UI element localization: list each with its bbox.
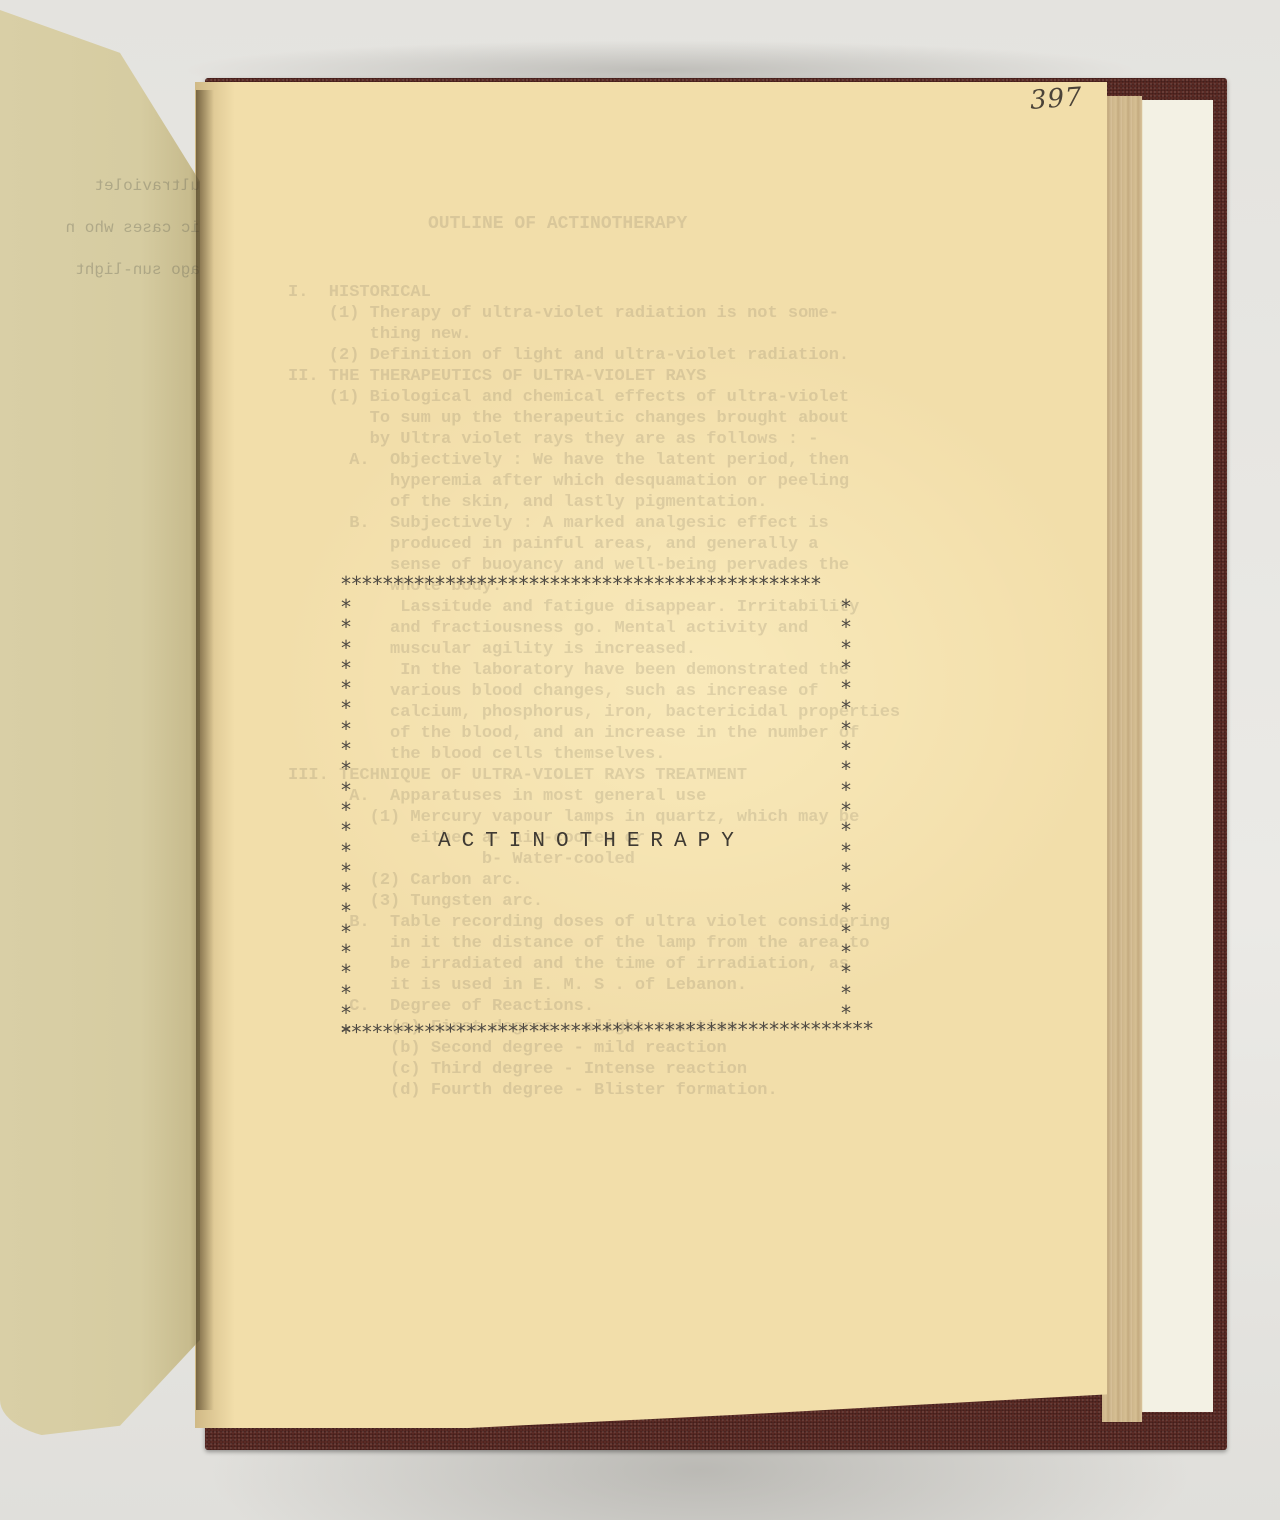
endpaper xyxy=(1140,100,1213,1412)
gutter-shadow xyxy=(196,90,214,1410)
frame-top-border: ****************************************… xyxy=(340,572,820,596)
frame-right-border: * * * * * * * * * * * * * * * * * * * * … xyxy=(840,597,852,1023)
ghost-heading: OUTLINE OF ACTINOTHERAPY xyxy=(428,214,687,235)
frame-bottom-border: ****************************************… xyxy=(340,1017,873,1044)
left-page-bleed-text: ultraviolet ic cases who n ago sun-light xyxy=(66,165,200,291)
ghost-body-text: I. HISTORICAL (1) Therapy of ultra-viole… xyxy=(288,282,1048,1101)
page-edges xyxy=(1102,96,1142,1422)
page-number-annotation: 397 xyxy=(1029,82,1084,116)
page-title: ACTINOTHERAPY xyxy=(438,830,745,853)
frame-left-border: * * * * * * * * * * * * * * * * * * * * … xyxy=(340,597,352,1044)
